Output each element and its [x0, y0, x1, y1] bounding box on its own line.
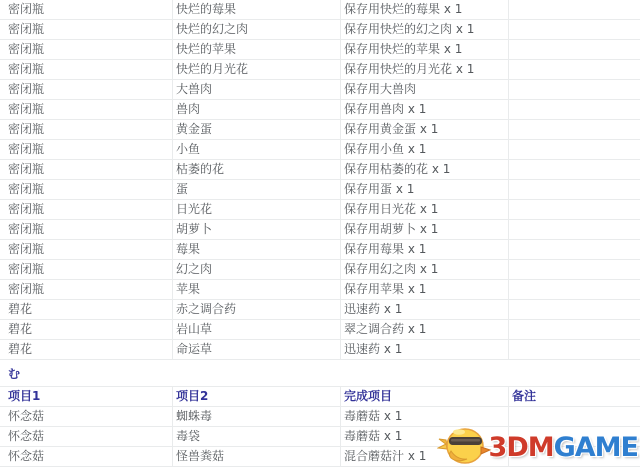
table-row: 密闭瓶兽肉保存用兽肉 x 1: [0, 100, 640, 120]
table-row: 密闭瓶快烂的苹果保存用快烂的苹果 x 1: [0, 40, 640, 60]
cell: 保存用快烂的幻之肉 x 1: [341, 20, 509, 40]
cell: 碧花: [0, 340, 173, 360]
cell: 保存用蛋 x 1: [341, 180, 509, 200]
cell: 黄金蛋: [173, 120, 341, 140]
cell: 密闭瓶: [0, 60, 173, 80]
cell: 迅速药 x 1: [341, 300, 509, 320]
cell: 莓果: [173, 240, 341, 260]
cell: 密闭瓶: [0, 200, 173, 220]
cell: 保存用幻之肉 x 1: [341, 260, 509, 280]
cell: 翠之调合药 x 1: [341, 320, 509, 340]
table-header-row: 项目1 项目2 完成项目 备注: [0, 387, 640, 407]
cell: 密闭瓶: [0, 220, 173, 240]
table-row: 密闭瓶胡萝卜保存用胡萝卜 x 1: [0, 220, 640, 240]
cell: 保存用黄金蛋 x 1: [341, 120, 509, 140]
cell: 保存用莓果 x 1: [341, 240, 509, 260]
cell: 密闭瓶: [0, 120, 173, 140]
cell: 兽肉: [173, 100, 341, 120]
cell: [509, 160, 640, 180]
table-row: 碧花命运草迅速药 x 1: [0, 340, 640, 360]
cell: 密闭瓶: [0, 280, 173, 300]
cell: 蜘蛛毒: [173, 407, 341, 427]
table-row: 密闭瓶苹果保存用苹果 x 1: [0, 280, 640, 300]
3dmgame-watermark: 3DM GAME: [437, 423, 638, 471]
cell: 保存用苹果 x 1: [341, 280, 509, 300]
cell: 密闭瓶: [0, 0, 173, 20]
cell: [509, 60, 640, 80]
cell: 蛋: [173, 180, 341, 200]
cell: 快烂的月光花: [173, 60, 341, 80]
cell: 碧花: [0, 300, 173, 320]
cell: 胡萝卜: [173, 220, 341, 240]
chick-mascot-icon: [437, 423, 493, 471]
recipes-table: 密闭瓶快烂的莓果保存用快烂的莓果 x 1 密闭瓶快烂的幻之肉保存用快烂的幻之肉 …: [0, 0, 640, 360]
cell: [509, 260, 640, 280]
column-header: 完成项目: [341, 387, 509, 407]
cell: 碧花: [0, 320, 173, 340]
cell: 保存用快烂的莓果 x 1: [341, 0, 509, 20]
cell: 保存用大兽肉: [341, 80, 509, 100]
table-row: 密闭瓶小鱼保存用小鱼 x 1: [0, 140, 640, 160]
cell: 保存用兽肉 x 1: [341, 100, 509, 120]
cell: 怀念菇: [0, 447, 173, 467]
cell: 怪兽粪菇: [173, 447, 341, 467]
table-row: 密闭瓶快烂的幻之肉保存用快烂的幻之肉 x 1: [0, 20, 640, 40]
cell: 迅速药 x 1: [341, 340, 509, 360]
cell: 枯萎的花: [173, 160, 341, 180]
cell: 保存用日光花 x 1: [341, 200, 509, 220]
table-row: 密闭瓶蛋保存用蛋 x 1: [0, 180, 640, 200]
cell: [509, 320, 640, 340]
cell: 密闭瓶: [0, 260, 173, 280]
cell: 日光花: [173, 200, 341, 220]
table-row: 碧花岩山草翠之调合药 x 1: [0, 320, 640, 340]
table-row: 密闭瓶莓果保存用莓果 x 1: [0, 240, 640, 260]
cell: [509, 120, 640, 140]
table-row: 密闭瓶枯萎的花保存用枯萎的花 x 1: [0, 160, 640, 180]
cell: 大兽肉: [173, 80, 341, 100]
table-row: 密闭瓶快烂的月光花保存用快烂的月光花 x 1: [0, 60, 640, 80]
cell: 苹果: [173, 280, 341, 300]
cell: 岩山草: [173, 320, 341, 340]
cell: 保存用枯萎的花 x 1: [341, 160, 509, 180]
cell: [509, 200, 640, 220]
cell: 密闭瓶: [0, 80, 173, 100]
cell: 毒袋: [173, 427, 341, 447]
column-header: 项目2: [173, 387, 341, 407]
cell: [509, 240, 640, 260]
cell: 保存用小鱼 x 1: [341, 140, 509, 160]
cell: 密闭瓶: [0, 140, 173, 160]
cell: [509, 40, 640, 60]
cell: 保存用快烂的苹果 x 1: [341, 40, 509, 60]
cell: 保存用胡萝卜 x 1: [341, 220, 509, 240]
cell: 快烂的幻之肉: [173, 20, 341, 40]
cell: [509, 220, 640, 240]
cell: 保存用快烂的月光花 x 1: [341, 60, 509, 80]
table-row: 密闭瓶快烂的莓果保存用快烂的莓果 x 1: [0, 0, 640, 20]
cell: 怀念菇: [0, 427, 173, 447]
table-row: 密闭瓶黄金蛋保存用黄金蛋 x 1: [0, 120, 640, 140]
cell: 小鱼: [173, 140, 341, 160]
watermark-3dm-text: 3DM: [489, 434, 554, 461]
table-row: 密闭瓶大兽肉保存用大兽肉: [0, 80, 640, 100]
cell: 密闭瓶: [0, 40, 173, 60]
cell: [509, 300, 640, 320]
cell: 密闭瓶: [0, 180, 173, 200]
cell: 密闭瓶: [0, 160, 173, 180]
cell: 命运草: [173, 340, 341, 360]
cell: [509, 100, 640, 120]
cell: 密闭瓶: [0, 20, 173, 40]
cell: [509, 180, 640, 200]
column-header: 备注: [509, 387, 640, 407]
cell: [509, 280, 640, 300]
cell: 快烂的莓果: [173, 0, 341, 20]
cell: [509, 80, 640, 100]
section-heading: む: [8, 367, 640, 381]
cell: 密闭瓶: [0, 100, 173, 120]
cell: [509, 340, 640, 360]
table-row: 密闭瓶日光花保存用日光花 x 1: [0, 200, 640, 220]
cell: [509, 0, 640, 20]
table-row: 密闭瓶幻之肉保存用幻之肉 x 1: [0, 260, 640, 280]
table-row: 碧花赤之调合药迅速药 x 1: [0, 300, 640, 320]
cell: [509, 140, 640, 160]
cell: 赤之调合药: [173, 300, 341, 320]
watermark-game-text: GAME: [554, 434, 638, 461]
column-header: 项目1: [0, 387, 173, 407]
cell: [509, 20, 640, 40]
cell: 快烂的苹果: [173, 40, 341, 60]
cell: 怀念菇: [0, 407, 173, 427]
cell: 幻之肉: [173, 260, 341, 280]
cell: 密闭瓶: [0, 240, 173, 260]
